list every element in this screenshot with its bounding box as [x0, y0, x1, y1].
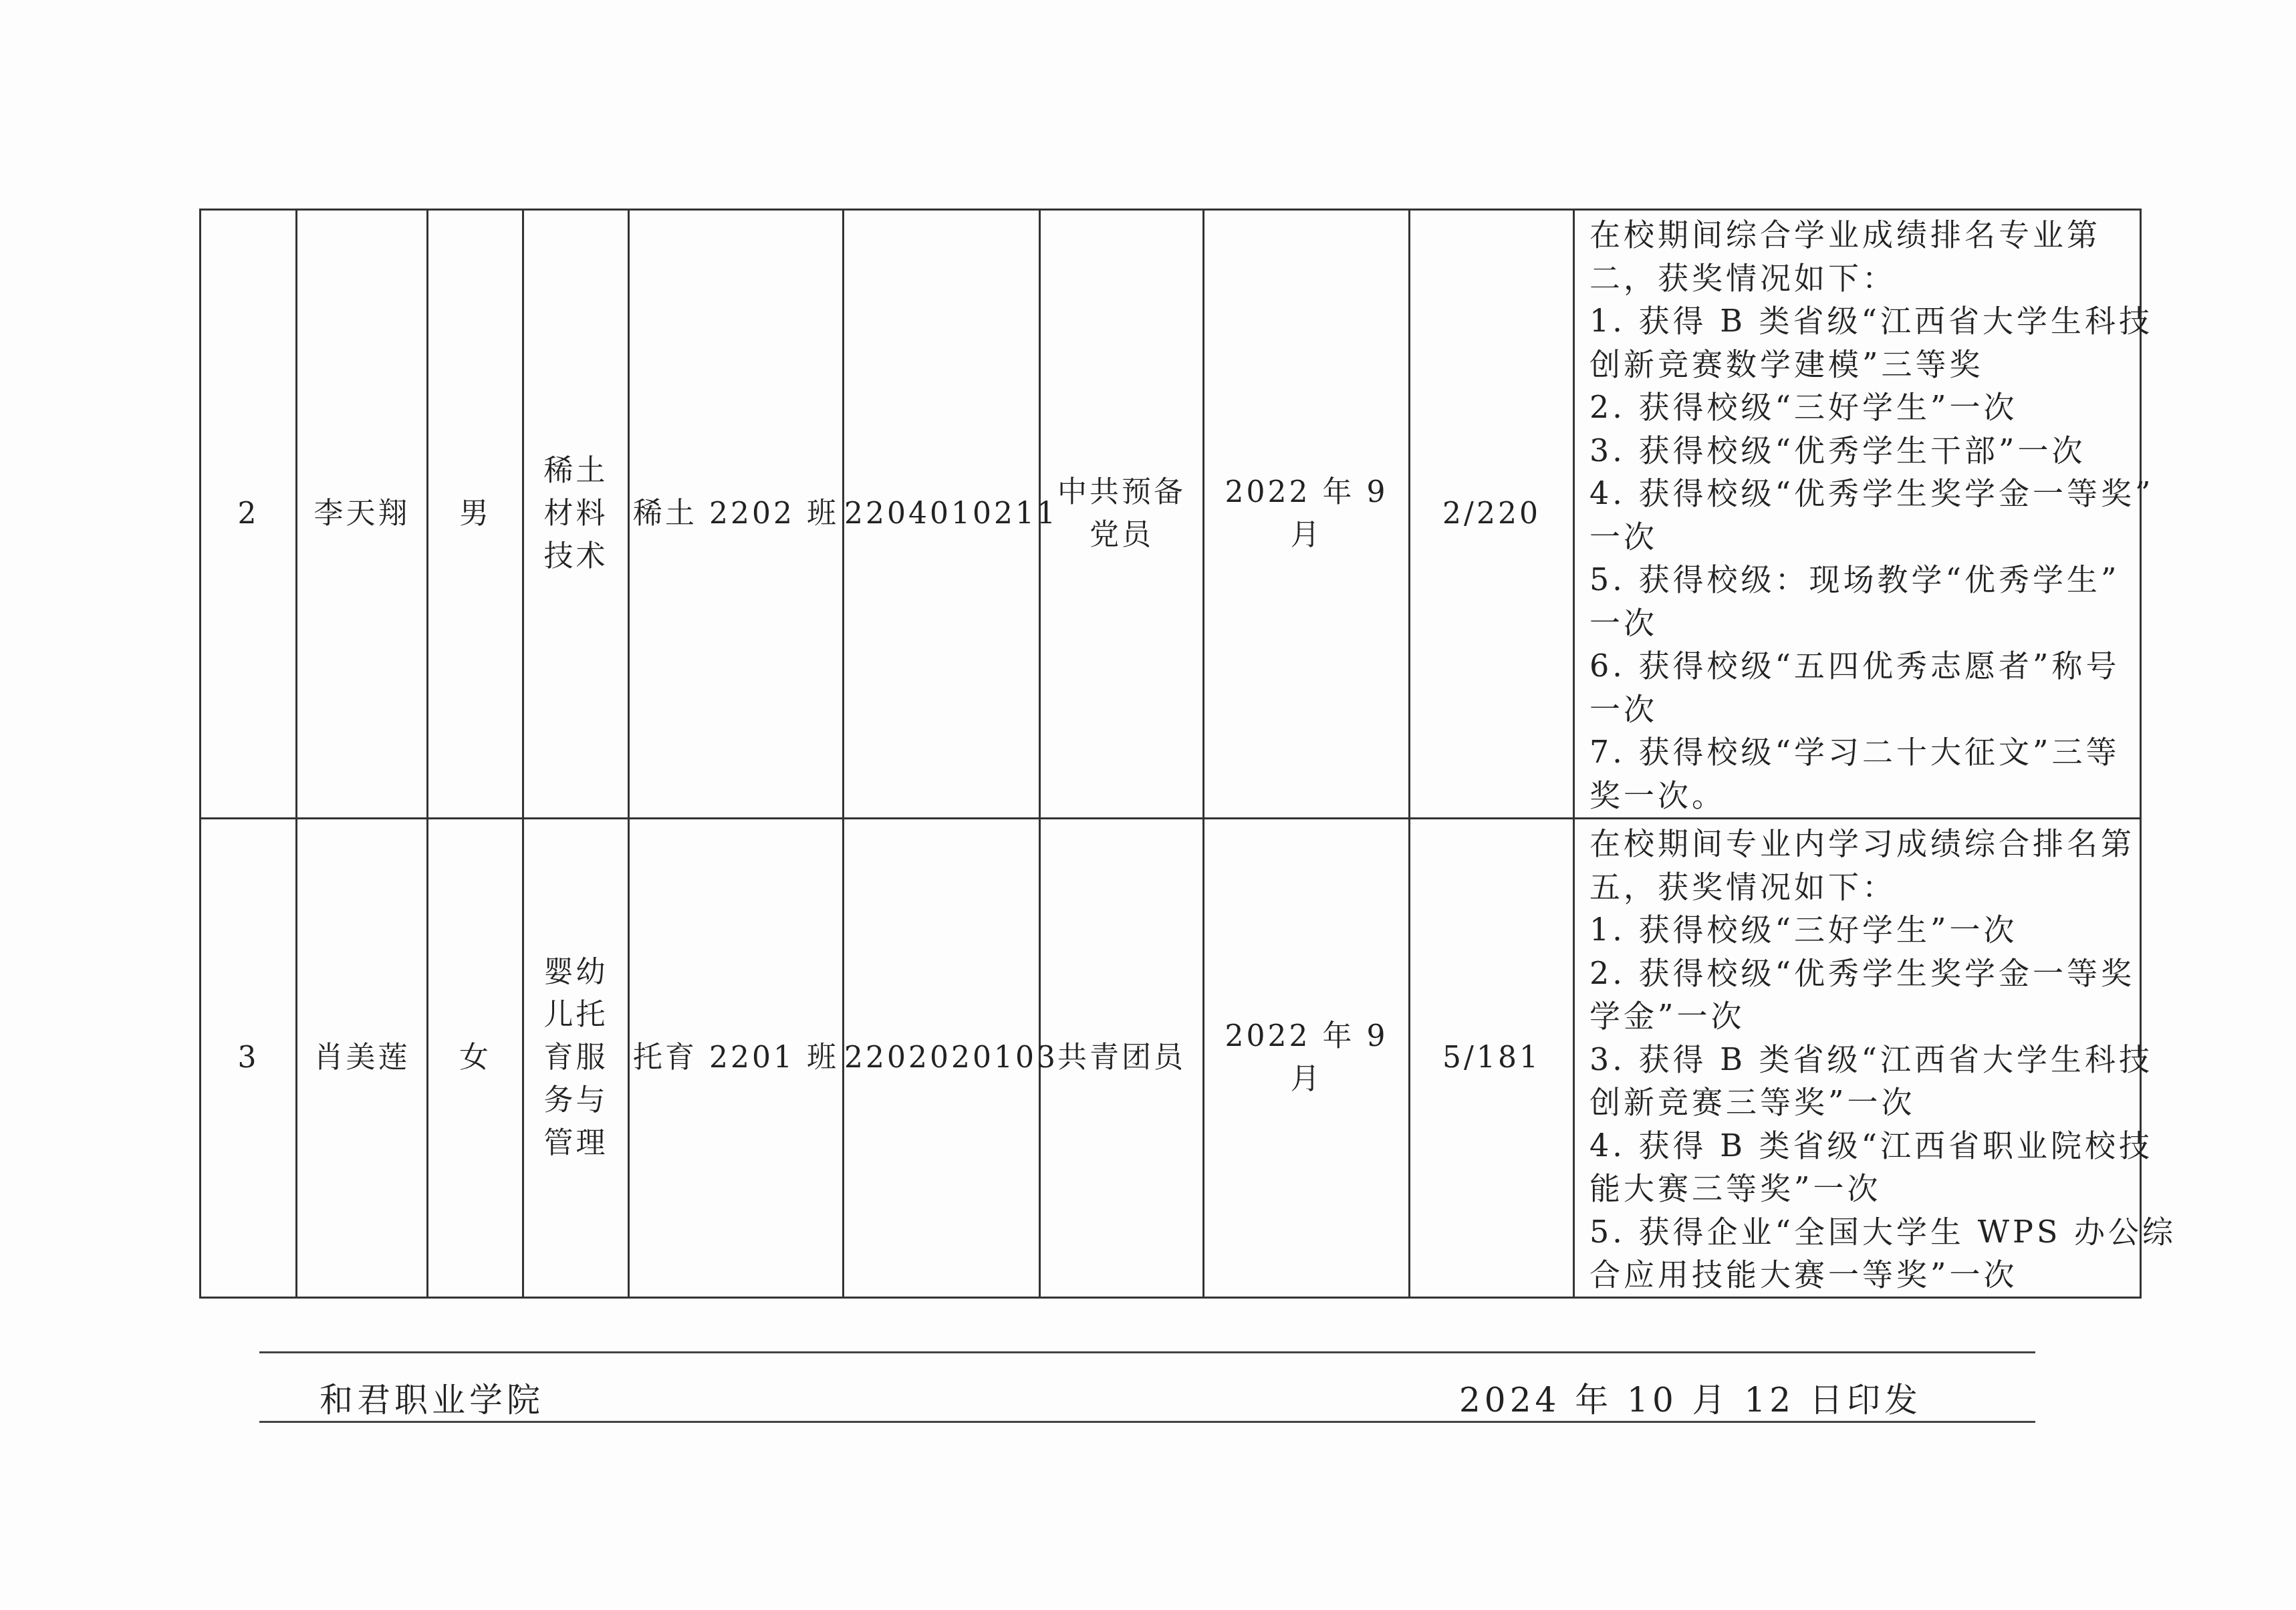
row-index: 3	[201, 819, 297, 1298]
class-rank: 2/220	[1410, 210, 1574, 819]
student-gender: 男	[428, 210, 523, 819]
student-id: 2204010211	[844, 210, 1040, 819]
footer-top-rule	[259, 1351, 2035, 1353]
political-status: 共青团员	[1040, 819, 1204, 1298]
footer-bottom-rule	[259, 1421, 2035, 1423]
document-page: 2 李天翔 男 稀土材料技术 稀土 2202 班 2204010211 中共预备…	[0, 0, 2296, 1610]
student-name: 李天翔	[297, 210, 428, 819]
class-rank: 5/181	[1410, 819, 1574, 1298]
student-gender: 女	[428, 819, 523, 1298]
student-id: 2202020103	[844, 819, 1040, 1298]
awards-description: 在校期间专业内学习成绩综合排名第 五，获奖情况如下： 1. 获得校级“三好学生”…	[1574, 819, 2141, 1298]
student-major: 婴幼儿托育服务与管理	[523, 819, 629, 1298]
student-name: 肖美莲	[297, 819, 428, 1298]
enrollment-date: 2022 年 9 月	[1204, 210, 1410, 819]
issuer-name: 和君职业学院	[320, 1373, 544, 1422]
student-honors-table: 2 李天翔 男 稀土材料技术 稀土 2202 班 2204010211 中共预备…	[199, 209, 2142, 1299]
table-row: 2 李天翔 男 稀土材料技术 稀土 2202 班 2204010211 中共预备…	[201, 210, 2141, 819]
enrollment-date: 2022 年 9 月	[1204, 819, 1410, 1298]
student-class: 托育 2201 班	[629, 819, 844, 1298]
row-index: 2	[201, 210, 297, 819]
political-status: 中共预备党员	[1040, 210, 1204, 819]
table-row: 3 肖美莲 女 婴幼儿托育服务与管理 托育 2201 班 2202020103 …	[201, 819, 2141, 1298]
issue-date: 2024 年 10 月 12 日印发	[1459, 1373, 1922, 1422]
awards-description: 在校期间综合学业成绩排名专业第 二，获奖情况如下： 1. 获得 B 类省级“江西…	[1574, 210, 2141, 819]
student-class: 稀土 2202 班	[629, 210, 844, 819]
student-major: 稀土材料技术	[523, 210, 629, 819]
